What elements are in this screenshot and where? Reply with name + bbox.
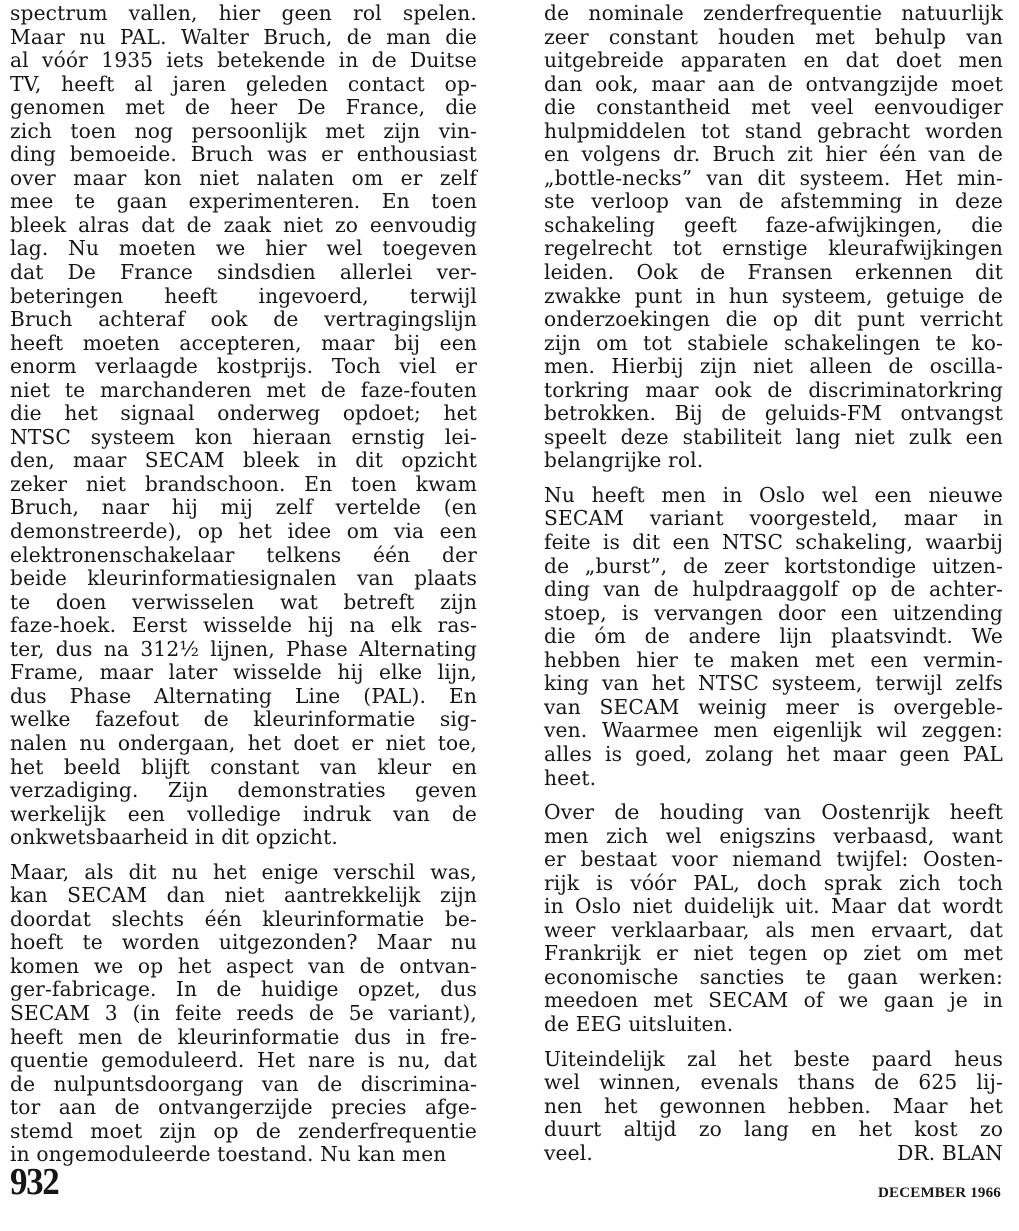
text-line: Bruch achteraf ook de vertragingslijn	[10, 308, 477, 332]
text-line: SECAM variant voorgesteld, maar in	[544, 507, 1003, 531]
right-column: de nominale zenderfrequentie natuurlijkz…	[544, 2, 1003, 1165]
text-line: duurt altijd zo lang en het kost zo	[544, 1118, 1003, 1142]
text-line: TV, heeft al jaren geleden contact op-	[10, 73, 477, 97]
text-line: hebben hier te maken met een vermin-	[544, 649, 1003, 673]
text-line: betrokken. Bij de geluids-FM ontvangst	[544, 402, 1003, 426]
text-line: over maar kon niet nalaten om er zelf	[10, 167, 477, 191]
text-line: quentie gemoduleerd. Het nare is nu, dat	[10, 1049, 477, 1073]
text-line: dan ook, maar aan de ontvangzijde moet	[544, 73, 1003, 97]
text-line: rijk is vóór PAL, doch sprak zich toch	[544, 872, 1003, 896]
left-column: spectrum vallen, hier geen rol spelen.Ma…	[10, 2, 477, 1167]
text-line: regelrecht tot ernstige kleurafwijkingen	[544, 237, 1003, 261]
text-line: ding bemoeide. Bruch was er enthousiast	[10, 143, 477, 167]
text-line: bleek alras dat de zaak niet zo eenvoudi…	[10, 214, 477, 238]
text-line: niet te marchanderen met de faze-fouten	[10, 379, 477, 403]
text-line: Bruch, naar hij mij zelf vertelde (en	[10, 496, 477, 520]
text-line: Uiteindelijk zal het beste paard heus	[544, 1048, 1003, 1072]
text-line: stemd moet zijn op de zenderfrequentie	[10, 1120, 477, 1144]
text-line: van SECAM weinig meer is overgeble-	[544, 696, 1003, 720]
text-line: heeft moeten accepteren, maar bij een	[10, 332, 477, 356]
text-line: het beeld blijft constant van kleur en	[10, 756, 477, 780]
text-line: stoep, is vervangen door een uitzending	[544, 602, 1003, 626]
text-line: er bestaat voor niemand twijfel: Oosten-	[544, 848, 1003, 872]
text-line: enorm verlaagde kostprijs. Toch viel er	[10, 355, 477, 379]
text-line: nalen nu ondergaan, het doet er niet toe…	[10, 732, 477, 756]
text-line: ter, dus na 312½ lijnen, Phase Alternati…	[10, 638, 477, 662]
text-line: feite is dit een NTSC schakeling, waarbi…	[544, 531, 1003, 555]
issue-date: DECEMBER 1966	[878, 1184, 1001, 1202]
paragraph: Uiteindelijk zal het beste paard heuswel…	[544, 1048, 1003, 1166]
text-line: Maar nu PAL. Walter Bruch, de man die	[10, 26, 477, 50]
text-line: zijn om tot stabiele schakelingen te ko-	[544, 332, 1003, 356]
text-line: nen het gewonnen hebben. Maar het	[544, 1095, 1003, 1119]
text-line: meedoen met SECAM of we gaan je in	[544, 989, 1003, 1013]
text-line: Over de houding van Oostenrijk heeft	[544, 801, 1003, 825]
text-line: dat De France sindsdien allerlei ver-	[10, 261, 477, 285]
text-line: king van het NTSC systeem, terwijl zelfs	[544, 672, 1003, 696]
text-line: SECAM 3 (in feite reeds de 5e variant),	[10, 1002, 477, 1026]
paragraph: Maar, als dit nu het enige verschil was,…	[10, 861, 477, 1167]
text-line: demonstreerde), op het idee om via een	[10, 520, 477, 544]
text-line: die óm de andere lijn plaatsvindt. We	[544, 625, 1003, 649]
text-line: de nominale zenderfrequentie natuurlijk	[544, 2, 1003, 26]
text-line: men zich wel enigszins verbaasd, want	[544, 825, 1003, 849]
text-line: werkelijk een volledige indruk van de	[10, 803, 477, 827]
text-line: kan SECAM dan niet aantrekkelijk zijn	[10, 884, 477, 908]
text-line: te doen verwisselen wat betreft zijn	[10, 591, 477, 615]
text-line: men. Hierbij zijn niet alleen de oscilla…	[544, 355, 1003, 379]
text-line: Frame, maar later wisselde hij elke lijn…	[10, 661, 477, 685]
text-line: schakeling geeft faze-afwijkingen, die	[544, 214, 1003, 238]
text-line: heet.	[544, 767, 1003, 791]
text-line: de nulpuntsdoorgang van de discrimina-	[10, 1073, 477, 1097]
paragraph: spectrum vallen, hier geen rol spelen.Ma…	[10, 2, 477, 850]
text-line: onderzoekingen die op dit punt verricht	[544, 308, 1003, 332]
text-line: elektronenschakelaar telkens één der	[10, 544, 477, 568]
text-line: die constantheid met veel eenvoudiger	[544, 96, 1003, 120]
text-line: in ongemoduleerde toestand. Nu kan men	[10, 1143, 477, 1167]
text-line: zwakke punt in hun systeem, getuige de	[544, 285, 1003, 309]
text-line: „bottle-necks” van dit systeem. Het min-	[544, 167, 1003, 191]
text-line: ven. Waarmee men eigenlijk wil zeggen:	[544, 719, 1003, 743]
text-line: komen we op het aspect van de ontvan-	[10, 955, 477, 979]
text-line: tor aan de ontvangerzijde precies afge-	[10, 1096, 477, 1120]
text-line: zich toen nog persoonlijk met zijn vin-	[10, 120, 477, 144]
text-line: heeft men de kleurinformatie dus in fre-	[10, 1026, 477, 1050]
paragraph: de nominale zenderfrequentie natuurlijkz…	[544, 2, 1003, 473]
text-line: faze-hoek. Eerst wisselde hij na elk ras…	[10, 614, 477, 638]
text-line: weer verklaarbaar, als men ervaart, dat	[544, 919, 1003, 943]
text-line: al vóór 1935 iets betekende in de Duitse	[10, 49, 477, 73]
text-line: Maar, als dit nu het enige verschil was,	[10, 861, 477, 885]
text-line: Frankrijk er niet tegen op ziet om met	[544, 942, 1003, 966]
text-line: en volgens dr. Bruch zit hier één van de	[544, 143, 1003, 167]
text-line: ger-fabricage. In de huidige opzet, dus	[10, 978, 477, 1002]
text-line: zeker niet brandschoon. En toen kwam	[10, 473, 477, 497]
text-line: genomen met de heer De France, die	[10, 96, 477, 120]
text-line: die het signaal onderweg opdoet; het	[10, 402, 477, 426]
text-line: de „burst”, de zeer kortstondige uitzen-	[544, 555, 1003, 579]
paragraph: Over de houding van Oostenrijk heeftmen …	[544, 801, 1003, 1036]
text-line: welke fazefout de kleurinformatie sig-	[10, 708, 477, 732]
text-line: economische sancties te gaan werken:	[544, 966, 1003, 990]
text-line: beteringen heeft ingevoerd, terwijl	[10, 285, 477, 309]
text-line: uitgebreide apparaten en dat doet men	[544, 49, 1003, 73]
closing-word: veel.	[544, 1142, 593, 1166]
text-line: de EEG uitsluiten.	[544, 1013, 1003, 1037]
text-line: in Oslo niet duidelijk uit. Maar dat wor…	[544, 895, 1003, 919]
text-line: ste verloop van de afstemming in deze	[544, 190, 1003, 214]
text-line: beide kleurinformatiesignalen van plaats	[10, 567, 477, 591]
text-line: verzadiging. Zijn demonstraties geven	[10, 779, 477, 803]
text-line: speelt deze stabiliteit lang niet zulk e…	[544, 426, 1003, 450]
text-line: torkring maar ook de discriminatorkring	[544, 379, 1003, 403]
text-line: hulpmiddelen tot stand gebracht worden	[544, 120, 1003, 144]
paragraph: Nu heeft men in Oslo wel een nieuweSECAM…	[544, 484, 1003, 790]
text-line: lag. Nu moeten we hier wel toegeven	[10, 237, 477, 261]
text-line: doordat slechts één kleurinformatie be-	[10, 908, 477, 932]
text-line: onkwetsbaarheid in dit opzicht.	[10, 826, 477, 850]
author-signature: DR. BLAN	[897, 1142, 1003, 1166]
text-line: belangrijke rol.	[544, 449, 1003, 473]
text-line: NTSC systeem kon hieraan ernstig lei-	[10, 426, 477, 450]
text-line: mee te gaan experimenteren. En toen	[10, 190, 477, 214]
page-number: 932	[10, 1162, 58, 1202]
text-line: dus Phase Alternating Line (PAL). En	[10, 685, 477, 709]
text-line: Nu heeft men in Oslo wel een nieuwe	[544, 484, 1003, 508]
magazine-page: spectrum vallen, hier geen rol spelen.Ma…	[0, 0, 1019, 1231]
text-line: ding van de hulpdraaggolf op de achter-	[544, 578, 1003, 602]
signature-line: veel.DR. BLAN	[544, 1142, 1003, 1166]
text-line: hoeft te worden uitgezonden? Maar nu	[10, 931, 477, 955]
text-line: wel winnen, evenals thans de 625 lij-	[544, 1071, 1003, 1095]
text-line: leiden. Ook de Fransen erkennen dit	[544, 261, 1003, 285]
text-line: den, maar SECAM bleek in dit opzicht	[10, 449, 477, 473]
text-line: spectrum vallen, hier geen rol spelen.	[10, 2, 477, 26]
text-line: alles is goed, zolang het maar geen PAL	[544, 743, 1003, 767]
text-line: zeer constant houden met behulp van	[544, 26, 1003, 50]
